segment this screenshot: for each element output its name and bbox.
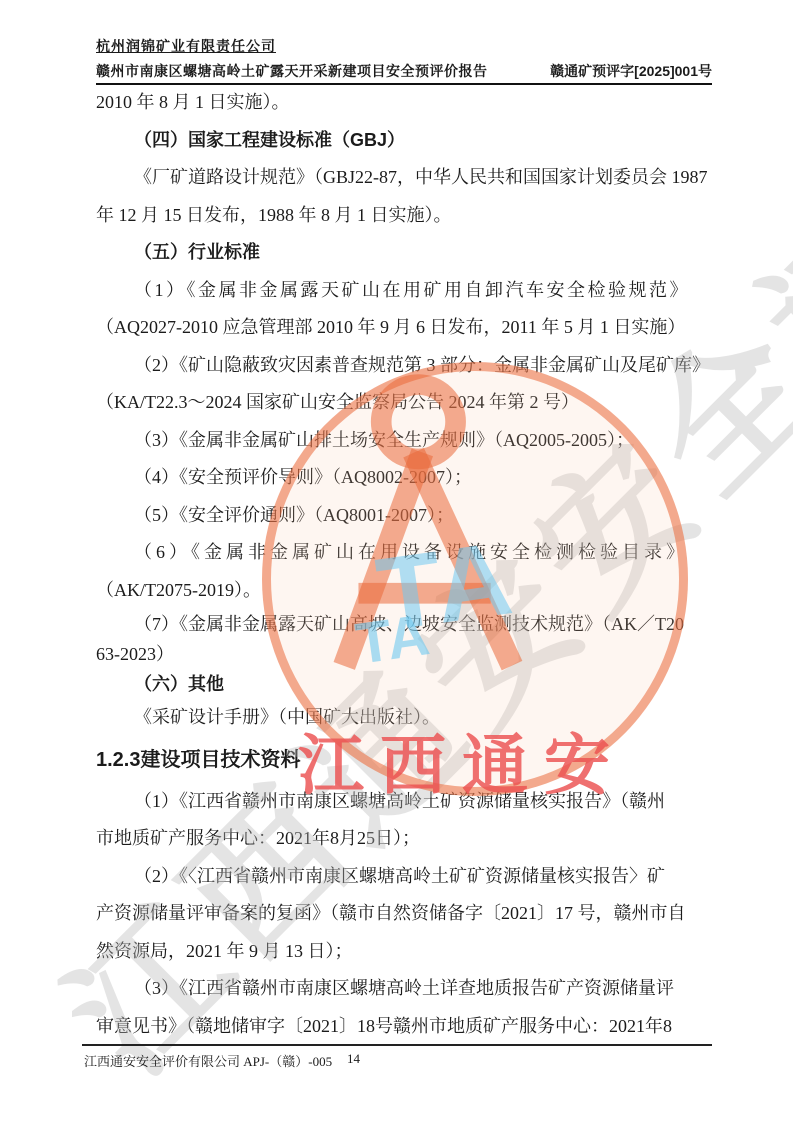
list-item: （1）《江西省赣州市南康区螺塘高岭土矿资源储量核实报告》（赣州: [96, 783, 712, 821]
page-footer: 江西通安安全评价有限公司 APJ-（赣）-005 14: [82, 1044, 712, 1049]
heading-others: （六）其他: [96, 669, 712, 699]
page-header: 杭州润锦矿业有限责任公司 赣州市南康区螺塘高岭土矿露天开采新建项目安全预评价报告…: [96, 36, 712, 85]
document-body: 2010 年 8 月 1 日实施）。 （四）国家工程建设标准（GBJ） 《厂矿道…: [96, 84, 712, 1045]
paragraph-line: （AK/T2075-2019）。: [96, 572, 712, 610]
paragraph-line: 审意见书》（赣地储审字〔2021〕18号赣州市地质矿产服务中心：2021年8: [96, 1008, 712, 1046]
heading-industry-standards: （五）行业标准: [96, 234, 712, 272]
paragraph-line: 年 12 月 15 日发布，1988 年 8 月 1 日实施）。: [96, 197, 712, 235]
paragraph-line: （KA/T22.3～2024 国家矿山安全监察局公告 2024 年第 2 号）: [96, 384, 712, 422]
heading-national-construction-standards: （四）国家工程建设标准（GBJ）: [96, 122, 712, 160]
paragraph-line: （AQ2027-2010 应急管理部 2010 年 9 月 6 日发布，2011…: [96, 309, 712, 347]
paragraph-line: 《采矿设计手册》（中国矿大出版社）。: [96, 699, 712, 737]
section-heading-technical-materials: 1.2.3建设项目技术资料: [96, 745, 712, 775]
header-company-name: 杭州润锦矿业有限责任公司: [96, 36, 276, 56]
list-item: （4）《安全预评价导则》（AQ8002-2007）；: [96, 459, 712, 497]
paragraph-line: 市地质矿产服务中心：2021年8月25日）；: [96, 820, 712, 858]
list-item: （2）《矿山隐蔽致灾因素普查规范第 3 部分：金属非金属矿山及尾矿库》: [96, 347, 712, 385]
list-item: （3）《江西省赣州市南康区螺塘高岭土详查地质报告矿产资源储量评: [96, 970, 712, 1008]
header-doc-number: 赣通矿预评字[2025]001号: [550, 61, 712, 81]
document-page: 杭州润锦矿业有限责任公司 赣州市南康区螺塘高岭土矿露天开采新建项目安全预评价报告…: [0, 0, 793, 1122]
list-item: （2）《〈江西省赣州市南康区螺塘高岭土矿矿资源储量核实报告〉矿: [96, 858, 712, 896]
list-item: （6）《金属非金属矿山在用设备设施安全检测检验目录》: [96, 534, 712, 572]
header-title-row: 赣州市南康区螺塘高岭土矿露天开采新建项目安全预评价报告 赣通矿预评字[2025]…: [96, 61, 712, 85]
list-item: （5）《安全评价通则》（AQ8001-2007）；: [96, 497, 712, 535]
paragraph-line: 然资源局，2021 年 9 月 13 日）；: [96, 933, 712, 971]
footer-company-code: 江西通安安全评价有限公司 APJ-（赣）-005: [84, 1051, 332, 1070]
list-item: （7）《金属非金属露天矿山高坡、边坡安全监测技术规范》（AK／T20: [96, 609, 712, 639]
header-report-title: 赣州市南康区螺塘高岭土矿露天开采新建项目安全预评价报告: [96, 61, 488, 81]
paragraph-line: 63-2023）: [96, 639, 712, 669]
list-item: （3）《金属非金属矿山排土场安全生产规则》（AQ2005-2005）；: [96, 422, 712, 460]
paragraph-line: 2010 年 8 月 1 日实施）。: [96, 84, 712, 122]
paragraph-line: 《厂矿道路设计规范》（GBJ22-87，中华人民共和国国家计划委员会 1987: [96, 159, 712, 197]
paragraph-line: 产资源储量评审备案的复函》（赣市自然资储备字〔2021〕17 号，赣州市自: [96, 895, 712, 933]
footer-page-number: 14: [347, 1051, 360, 1067]
list-item: （1）《金属非金属露天矿山在用矿用自卸汽车安全检验规范》: [96, 272, 712, 310]
